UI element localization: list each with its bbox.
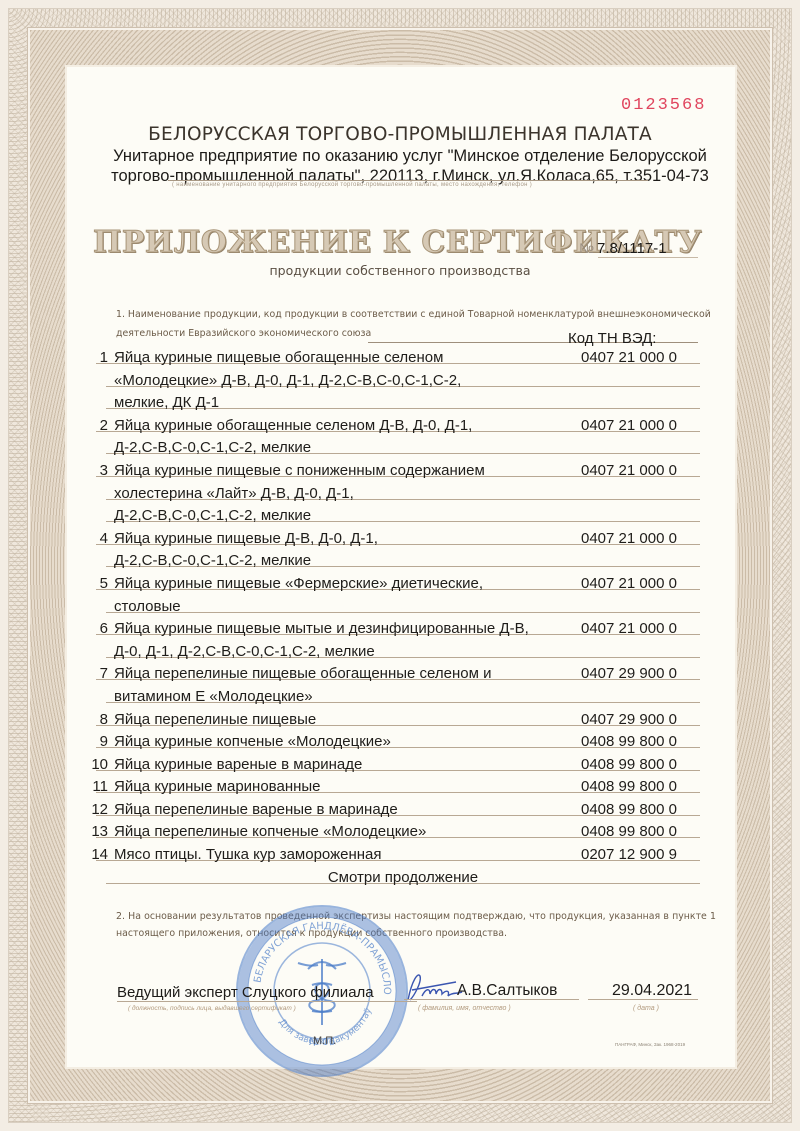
product-hs-code: 0408 99 800 0 [581, 731, 677, 753]
continuation-text: Смотри продолжение [328, 869, 478, 886]
section-2-statement: 2. На основании результатов проведенной … [116, 908, 716, 942]
product-row-continuation: витамином Е «Молодецкие» [90, 686, 700, 709]
product-row: 1Яйца куриные пищевые обогащенные селено… [90, 347, 700, 370]
product-number: 8 [90, 709, 108, 731]
product-number: 5 [90, 573, 108, 595]
product-row-continuation: мелкие, ДК Д-1 [90, 392, 700, 415]
issue-date: 29.04.2021 [612, 982, 692, 1000]
certificate-number: №7.8/1117-1 [579, 240, 667, 257]
product-row-continuation: холестерина «Лайт» Д-В, Д-0, Д-1, [90, 483, 700, 506]
issue-date-caption: ( дата ) [633, 1005, 659, 1012]
continuation-note: Смотри продолжение [90, 867, 700, 890]
product-hs-code: 0408 99 800 0 [581, 799, 677, 821]
product-hs-code: 0407 21 000 0 [581, 573, 677, 595]
product-hs-code: 0407 29 900 0 [581, 709, 677, 731]
signer-name-underline [404, 999, 579, 1000]
product-list: 1Яйца куриные пищевые обогащенные селено… [90, 347, 700, 889]
signer-position-caption: ( должность, подпись лица, выдавшего сер… [128, 1005, 296, 1012]
product-name: Яйца куриные пищевые с пониженным содерж… [114, 460, 485, 482]
product-name: Яйца куриные маринованные [114, 776, 321, 798]
product-hs-code: 0407 21 000 0 [581, 618, 677, 640]
product-hs-code: 0408 99 800 0 [581, 776, 677, 798]
product-row: 6Яйца куриные пищевые мытые и дезинфицир… [90, 618, 700, 641]
product-name: Яйца куриные пищевые обогащенные селеном [114, 347, 443, 369]
product-row: 13Яйца перепелиные копченые «Молодецкие»… [90, 821, 700, 844]
product-number: 2 [90, 415, 108, 437]
product-number: 4 [90, 528, 108, 550]
product-row: 11Яйца куриные маринованные0408 99 800 0 [90, 776, 700, 799]
product-hs-code: 0407 21 000 0 [581, 347, 677, 369]
product-number: 10 [90, 754, 108, 776]
code-column-header: Код ТН ВЭД: [568, 330, 656, 347]
product-name: Яйца куриные обогащенные селеном Д-В, Д-… [114, 415, 472, 437]
issuer-caption: ( наименование унитарного предприятия Бе… [172, 182, 532, 188]
product-row: 2Яйца куриные обогащенные селеном Д-В, Д… [90, 415, 700, 438]
serial-number: 0123568 [621, 96, 706, 115]
product-row-continuation: «Молодецкие» Д-В, Д-0, Д-1, Д-2,С-В,С-0,… [90, 370, 700, 393]
product-number: 6 [90, 618, 108, 640]
product-name: Д-2,С-В,С-0,С-1,С-2, мелкие [114, 550, 311, 572]
product-row-continuation: Д-2,С-В,С-0,С-1,С-2, мелкие [90, 437, 700, 460]
chamber-name: БЕЛОРУССКАЯ ТОРГОВО-ПРОМЫШЛЕННАЯ ПАЛАТА [0, 124, 800, 145]
issuer-underline [168, 180, 648, 181]
product-name: Яйца перепелиные копченые «Молодецкие» [114, 821, 426, 843]
product-row: 4Яйца куриные пищевые Д-В, Д-0, Д-1,0407… [90, 528, 700, 551]
product-row: 5Яйца куриные пищевые «Фермерские» диети… [90, 573, 700, 596]
printer-mark: ПАНГРАФ, Минск, Зак. 1968-2019 [615, 1042, 685, 1047]
product-name: Яйца перепелиные вареные в маринаде [114, 799, 398, 821]
product-name: витамином Е «Молодецкие» [114, 686, 313, 708]
product-name: холестерина «Лайт» Д-В, Д-0, Д-1, [114, 483, 354, 505]
product-name: Яйца перепелиные пищевые обогащенные сел… [114, 663, 491, 685]
product-row: 8Яйца перепелиные пищевые0407 29 900 0 [90, 709, 700, 732]
signer-name-caption: ( фамилия, имя, отчество ) [418, 1005, 511, 1012]
product-name: «Молодецкие» Д-В, Д-0, Д-1, Д-2,С-В,С-0,… [114, 370, 461, 392]
signature-icon [404, 970, 464, 1006]
product-number: 9 [90, 731, 108, 753]
product-name: Д-0, Д-1, Д-2,С-В,С-0,С-1,С-2, мелкие [114, 641, 375, 663]
product-row-continuation: Д-2,С-В,С-0,С-1,С-2, мелкие [90, 505, 700, 528]
certificate-number-underline [598, 257, 698, 258]
issuer-line-1: Унитарное предприятие по оказанию услуг … [60, 146, 760, 166]
product-name: Яйца куриные пищевые мытые и дезинфициро… [114, 618, 529, 640]
product-row: 9Яйца куриные копченые «Молодецкие»0408 … [90, 731, 700, 754]
product-number: 7 [90, 663, 108, 685]
certificate-number-value: 7.8/1117-1 [597, 240, 667, 257]
product-number: 3 [90, 460, 108, 482]
product-name: Мясо птицы. Тушка кур замороженная [114, 844, 382, 866]
product-name: Яйца куриные вареные в маринаде [114, 754, 362, 776]
product-hs-code: 0407 21 000 0 [581, 528, 677, 550]
number-sign: № [579, 240, 594, 256]
product-row: 14Мясо птицы. Тушка кур замороженная0207… [90, 844, 700, 867]
product-row: 7Яйца перепелиные пищевые обогащенные се… [90, 663, 700, 686]
signer-name: А.В.Салтыков [457, 982, 557, 1000]
product-hs-code: 0408 99 800 0 [581, 821, 677, 843]
product-number: 14 [90, 844, 108, 866]
product-name: Д-2,С-В,С-0,С-1,С-2, мелкие [114, 505, 311, 527]
product-hs-code: 0408 99 800 0 [581, 754, 677, 776]
signer-position-underline [117, 1001, 417, 1002]
product-hs-code: 0207 12 900 9 [581, 844, 677, 866]
product-row: 10Яйца куриные вареные в маринаде0408 99… [90, 754, 700, 777]
product-name: Яйца куриные пищевые Д-В, Д-0, Д-1, [114, 528, 378, 550]
product-name: мелкие, ДК Д-1 [114, 392, 219, 414]
signer-position: Ведущий эксперт Слуцкого филиала [117, 984, 374, 1001]
section-1-line-1: 1. Наименование продукции, код продукции… [116, 305, 716, 324]
product-row-continuation: Д-0, Д-1, Д-2,С-В,С-0,С-1,С-2, мелкие [90, 641, 700, 664]
product-number: 11 [90, 776, 108, 798]
product-name: Яйца куриные пищевые «Фермерские» диетич… [114, 573, 483, 595]
product-number: 13 [90, 821, 108, 843]
seal-place-label: М.П. [313, 1035, 336, 1047]
product-row-continuation: столовые [90, 596, 700, 619]
issue-date-underline [588, 999, 698, 1000]
product-number: 12 [90, 799, 108, 821]
product-name: столовые [114, 596, 181, 618]
product-row: 12Яйца перепелиные вареные в маринаде040… [90, 799, 700, 822]
product-hs-code: 0407 21 000 0 [581, 460, 677, 482]
product-name: Д-2,С-В,С-0,С-1,С-2, мелкие [114, 437, 311, 459]
product-hs-code: 0407 29 900 0 [581, 663, 677, 685]
product-number: 1 [90, 347, 108, 369]
document-subtitle: продукции собственного производства [0, 263, 800, 278]
product-name: Яйца перепелиные пищевые [114, 709, 316, 731]
product-hs-code: 0407 21 000 0 [581, 415, 677, 437]
product-row: 3Яйца куриные пищевые с пониженным содер… [90, 460, 700, 483]
product-name: Яйца куриные копченые «Молодецкие» [114, 731, 391, 753]
product-row-continuation: Д-2,С-В,С-0,С-1,С-2, мелкие [90, 550, 700, 573]
